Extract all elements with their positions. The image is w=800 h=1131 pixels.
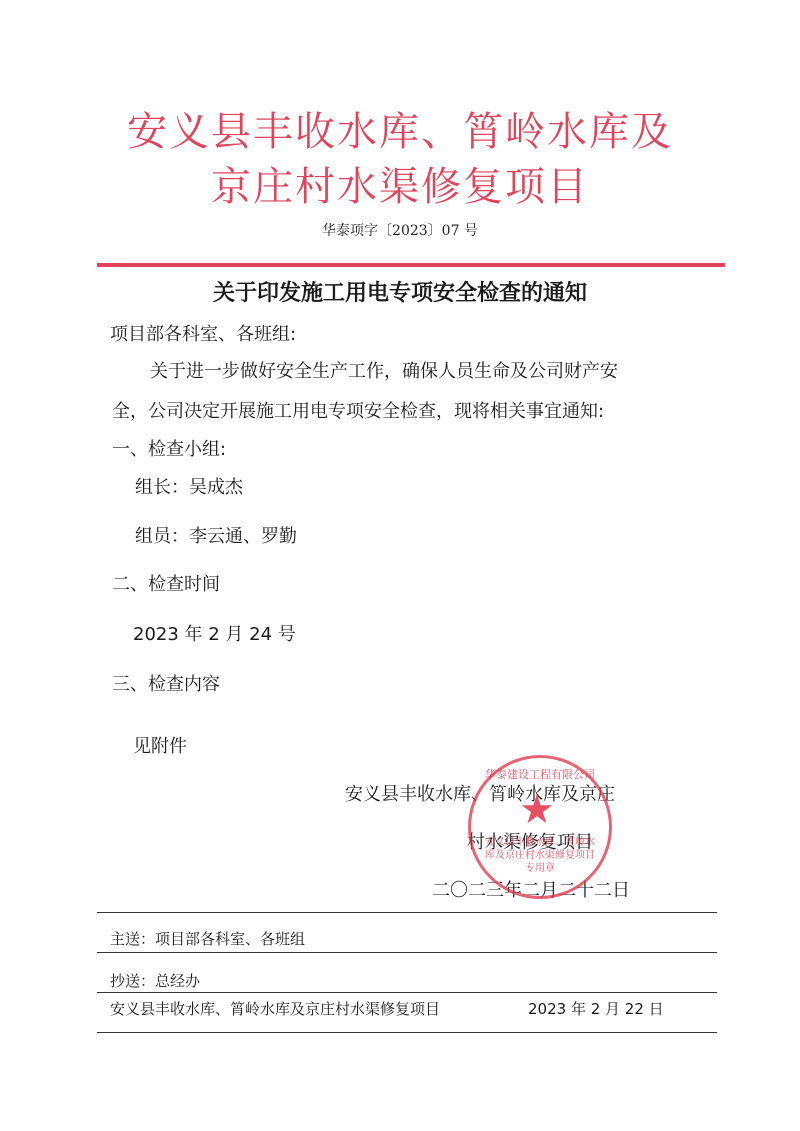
addressee: 项目部各科室、各班组: [110,320,296,346]
cc: 抄送：总经办 [110,970,200,991]
seal-ring-text: 华泰建设工程有限公司 [481,766,599,782]
official-seal: 华泰建设工程有限公司 ★ 安义县丰收水库、筲岭水库及京庄村水渠修复项目专用章 [468,755,612,899]
footer-rule-top [97,912,717,913]
inspection-date: 2023 年 2 月 24 号 [133,620,296,646]
issue-date: 2023 年 2 月 22 日 [528,998,664,1019]
notice-title: 关于印发施工用电专项安全检查的通知 [0,276,800,307]
intro-line-2: 全，公司决定开展施工用电专项安全检查，现将相关事宜通知: [112,397,604,423]
main-send: 主送：项目部各科室、各班组 [110,928,305,949]
star-icon: ★ [519,790,555,830]
team-leader: 组长：吴成杰 [135,473,243,499]
header-title-line1: 安义县丰收水库、筲岭水库及 [0,100,800,157]
section-1-heading: 一、检查小组: [112,435,226,461]
see-attachment: 见附件 [133,732,187,758]
team-members: 组员：李云通、罗勤 [135,522,297,548]
seal-inner-text: 安义县丰收水库、筲岭水库及京庄村水渠修复项目专用章 [485,836,595,875]
intro-line-1: 关于进一步做好安全生产工作，确保人员生命及公司财产安 [150,357,618,383]
footer-rule-cc [97,992,717,993]
section-3-heading: 三、检查内容 [112,670,220,696]
red-divider [97,263,725,267]
issuer: 安义县丰收水库、筲岭水库及京庄村水渠修复项目 [110,998,440,1019]
section-2-heading: 二、检查时间 [112,570,220,596]
document-number: 华泰项字〔2023〕07 号 [0,220,800,240]
footer-rule-bottom [97,1032,717,1033]
footer-rule-mid [97,952,717,953]
header-title-line2: 京庄村水渠修复项目 [0,155,800,212]
